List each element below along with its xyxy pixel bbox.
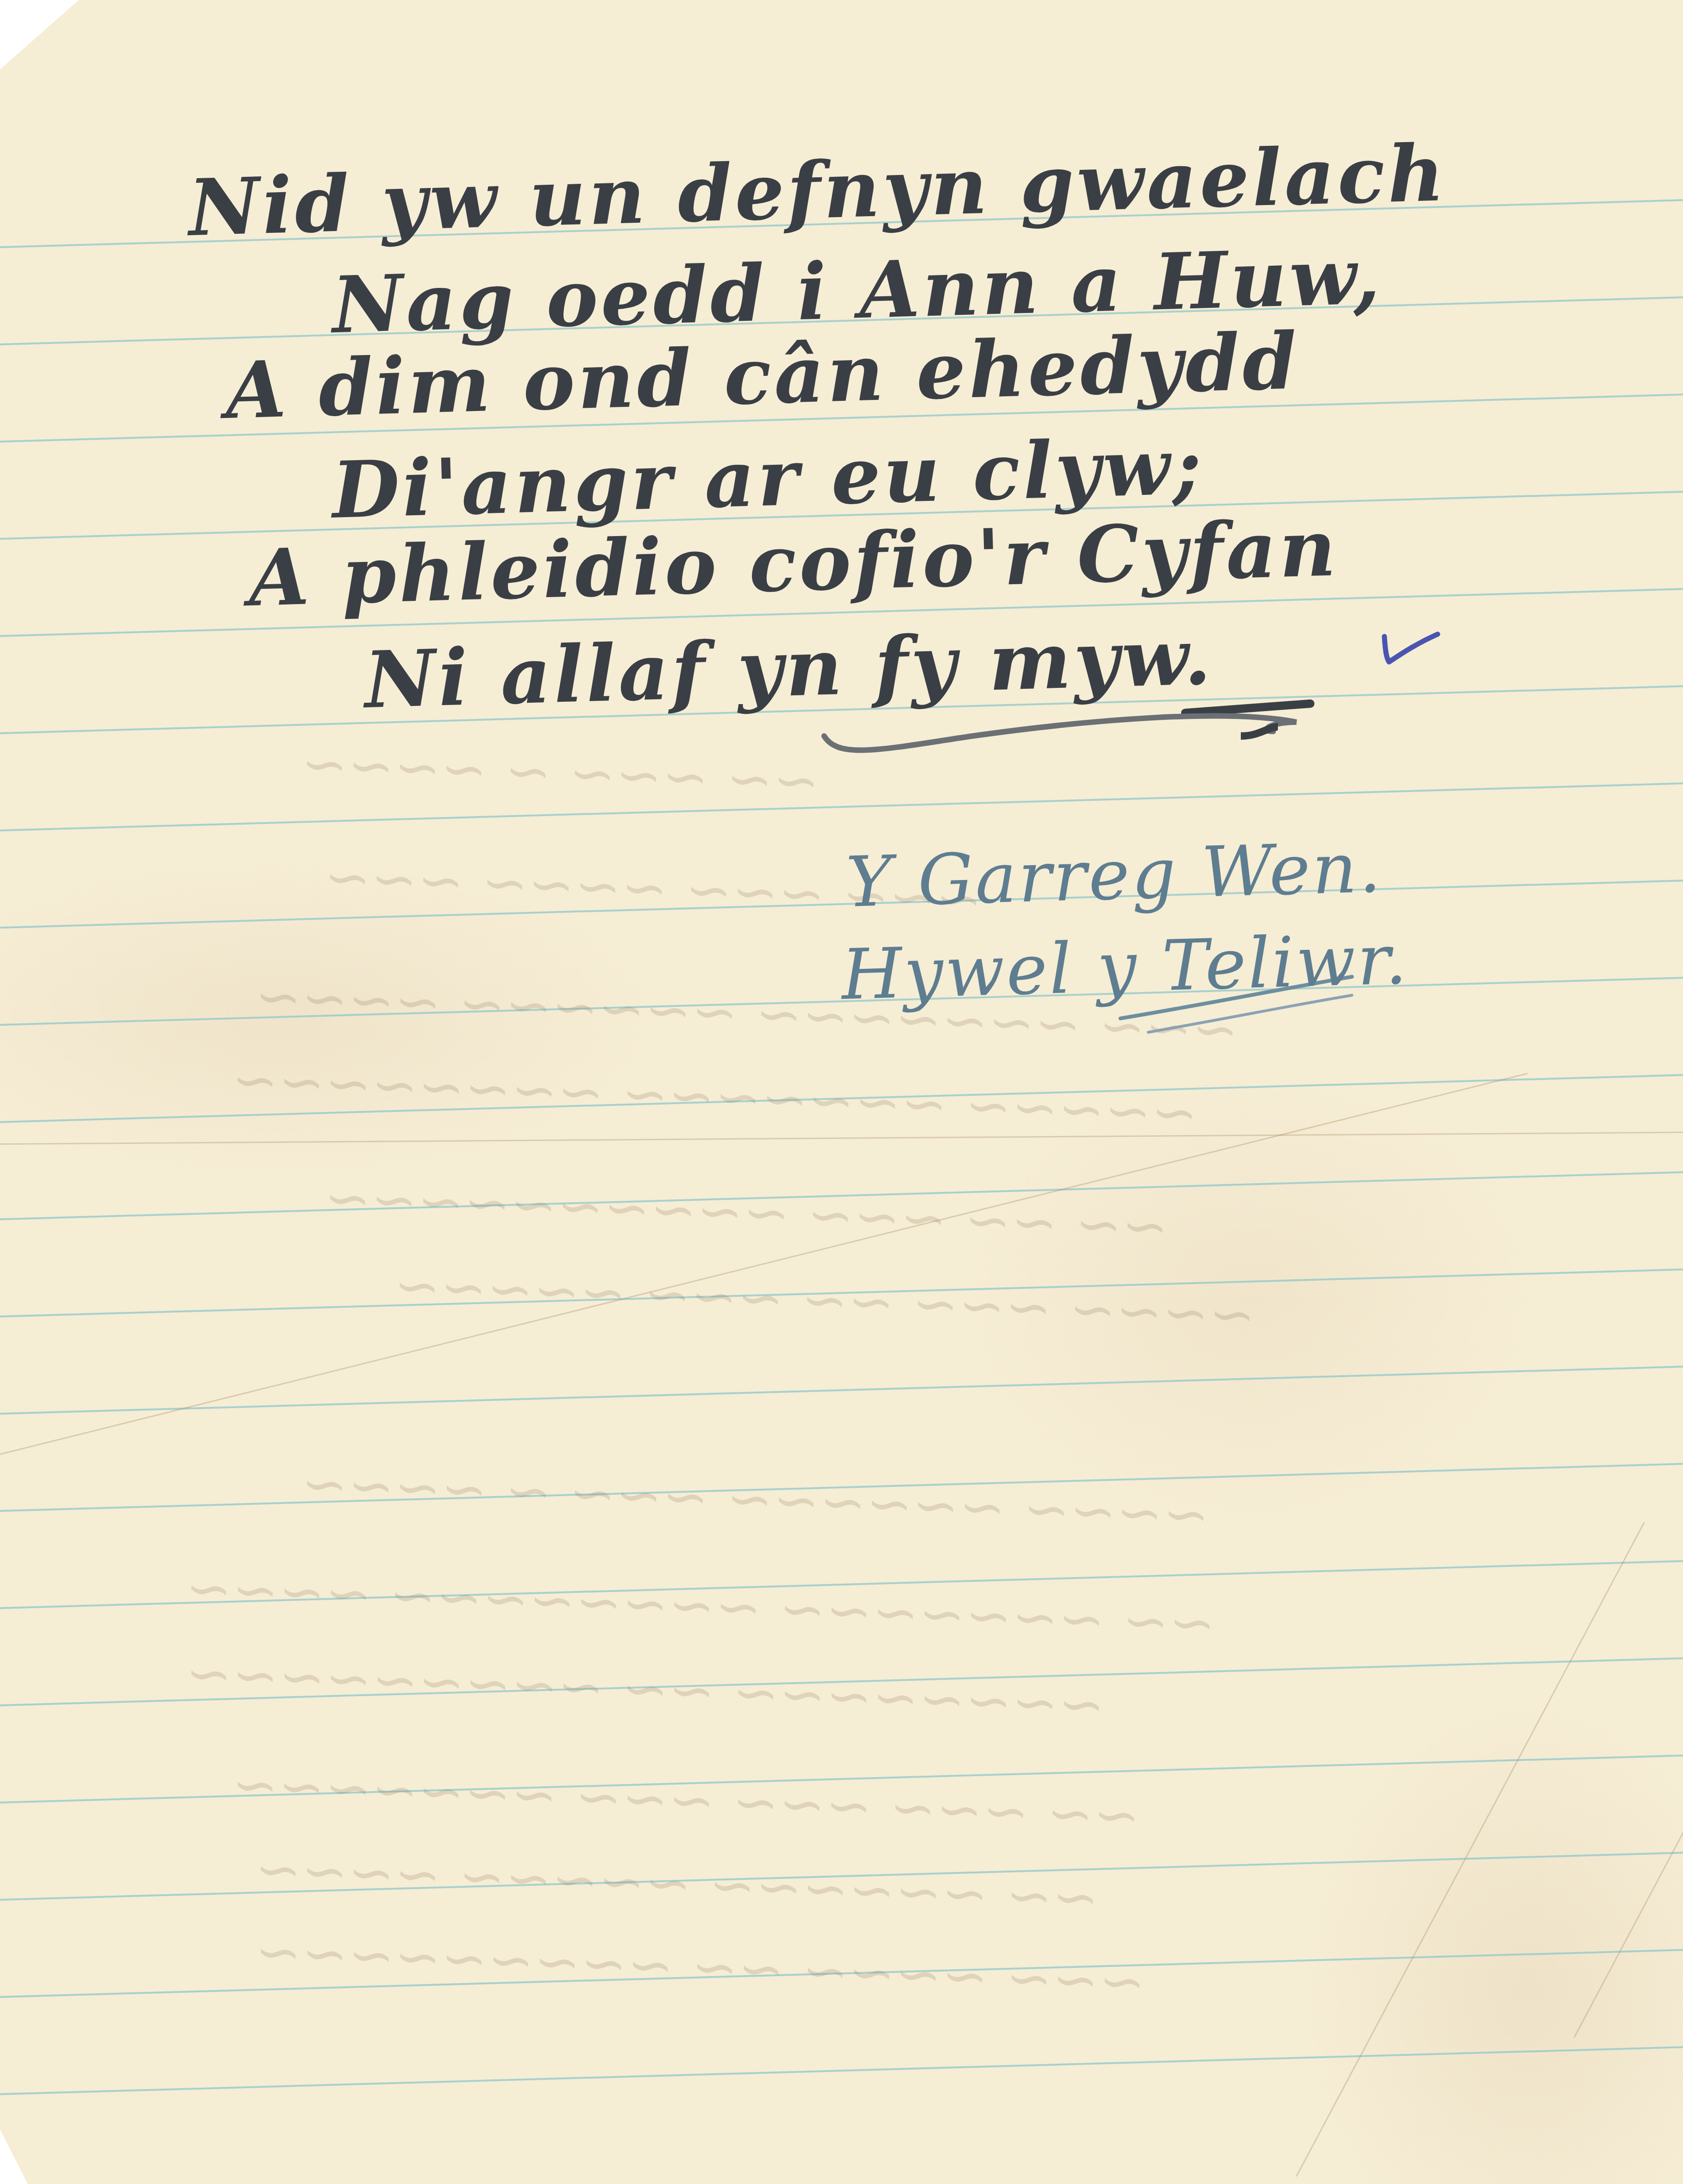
check-mark-icon xyxy=(1380,627,1445,674)
underline-flourish xyxy=(0,0,1683,2184)
paper-sheet: ~~ ~~~ ~ ~~~~ ~~~ ~~~ ~~~~ ~~~ ~~~ ~~~~~… xyxy=(0,0,1683,2184)
signature-line-2: Hywel y Teliwr. xyxy=(840,919,1410,1016)
signature-line-1: Y Garreg Wen. xyxy=(845,828,1383,923)
